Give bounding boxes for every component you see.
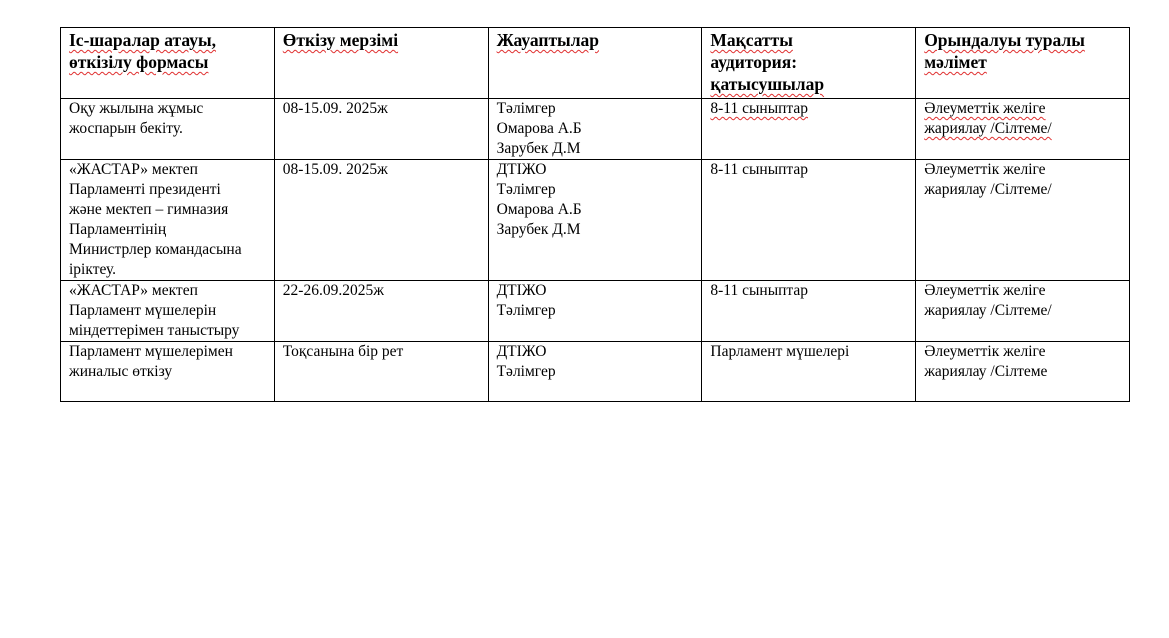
cell-line: Тоқсанына бір рет bbox=[283, 342, 480, 362]
cell-line: 8-11 сыныптар bbox=[710, 281, 907, 301]
table-row: Парламент мүшелерімен жиналыс өткізу Тоқ… bbox=[61, 342, 1130, 402]
cell-line: Парламенті президенті bbox=[69, 180, 266, 200]
cell-line: Оқу жылына жұмыс bbox=[69, 99, 266, 119]
cell-event-name: Парламент мүшелерімен жиналыс өткізу bbox=[61, 342, 275, 402]
cell-line: 22-26.09.2025ж bbox=[283, 281, 480, 301]
cell-line: Омарова А.Б bbox=[497, 200, 694, 220]
header-line: Мақсатты bbox=[710, 29, 907, 51]
cell-audience: Парламент мүшелері bbox=[702, 342, 916, 402]
cell-line: жариялау /Сілтеме/ bbox=[924, 119, 1121, 139]
cell-line: жариялау /Сілтеме bbox=[924, 362, 1121, 382]
cell-responsible: ДТІЖО Тәлімгер Омарова А.Б Зарубек Д.М bbox=[488, 160, 702, 281]
cell-date: 08-15.09. 2025ж bbox=[274, 160, 488, 281]
cell-line: Әлеуметтік желіге bbox=[924, 99, 1121, 119]
cell-line: ДТІЖО bbox=[497, 160, 694, 180]
header-line: Іс-шаралар атауы, bbox=[69, 29, 266, 51]
cell-line: Зарубек Д.М bbox=[497, 220, 694, 240]
cell-audience: 8-11 сыныптар bbox=[702, 281, 916, 342]
cell-line: Парламент мүшелерімен bbox=[69, 342, 266, 362]
table-row: Оқу жылына жұмыс жоспарын бекіту. 08-15.… bbox=[61, 99, 1130, 160]
cell-date: 22-26.09.2025ж bbox=[274, 281, 488, 342]
header-line: аудитория: bbox=[710, 51, 907, 73]
cell-line: іріктеу. bbox=[69, 260, 266, 280]
cell-line: 08-15.09. 2025ж bbox=[283, 160, 480, 180]
header-date: Өткізу мерзімі bbox=[274, 28, 488, 99]
cell-line: жариялау /Сілтеме/ bbox=[924, 301, 1121, 321]
cell-line: Зарубек Д.М bbox=[497, 139, 694, 159]
events-plan-table: Іс-шаралар атауы, өткізілу формасы Өткіз… bbox=[60, 27, 1130, 402]
cell-line: 08-15.09. 2025ж bbox=[283, 99, 480, 119]
cell-responsible: ДТІЖО Тәлімгер bbox=[488, 342, 702, 402]
cell-line: «ЖАСТАР» мектеп bbox=[69, 160, 266, 180]
cell-line: «ЖАСТАР» мектеп bbox=[69, 281, 266, 301]
cell-line: міндеттерімен таныстыру bbox=[69, 321, 266, 341]
cell-audience: 8-11 сыныптар bbox=[702, 99, 916, 160]
cell-line: Тәлімгер bbox=[497, 180, 694, 200]
table-row: «ЖАСТАР» мектеп Парламенті президенті жә… bbox=[61, 160, 1130, 281]
cell-line: Тәлімгер bbox=[497, 99, 694, 119]
cell-date: 08-15.09. 2025ж bbox=[274, 99, 488, 160]
cell-event-name: Оқу жылына жұмыс жоспарын бекіту. bbox=[61, 99, 275, 160]
cell-completion-info: Әлеуметтік желіге жариялау /Сілтеме/ bbox=[916, 99, 1130, 160]
header-completion-info: Орындалуы туралы мәлімет bbox=[916, 28, 1130, 99]
audience-text: 8-11 сыныптар bbox=[710, 100, 808, 117]
cell-line: ДТІЖО bbox=[497, 342, 694, 362]
cell-line: Омарова А.Б bbox=[497, 119, 694, 139]
header-line: Өткізу мерзімі bbox=[283, 29, 480, 51]
header-line: қатысушылар bbox=[710, 73, 907, 95]
table-header-row: Іс-шаралар атауы, өткізілу формасы Өткіз… bbox=[61, 28, 1130, 99]
cell-line: Әлеуметтік желіге bbox=[924, 281, 1121, 301]
cell-completion-info: Әлеуметтік желіге жариялау /Сілтеме/ bbox=[916, 160, 1130, 281]
cell-line: Тәлімгер bbox=[497, 301, 694, 321]
cell-line: жоспарын бекіту. bbox=[69, 119, 266, 139]
cell-audience: 8-11 сыныптар bbox=[702, 160, 916, 281]
cell-line: Әлеуметтік желіге bbox=[924, 160, 1121, 180]
cell-date: Тоқсанына бір рет bbox=[274, 342, 488, 402]
cell-event-name: «ЖАСТАР» мектеп Парламент мүшелерін мінд… bbox=[61, 281, 275, 342]
cell-completion-info: Әлеуметтік желіге жариялау /Сілтеме/ bbox=[916, 281, 1130, 342]
header-line: Жауаптылар bbox=[497, 29, 694, 51]
header-responsible: Жауаптылар bbox=[488, 28, 702, 99]
cell-line: жиналыс өткізу bbox=[69, 362, 266, 382]
cell-line: Парламент мүшелерін bbox=[69, 301, 266, 321]
table-row: «ЖАСТАР» мектеп Парламент мүшелерін мінд… bbox=[61, 281, 1130, 342]
cell-line: Парламентінің bbox=[69, 220, 266, 240]
cell-completion-info: Әлеуметтік желіге жариялау /Сілтеме bbox=[916, 342, 1130, 402]
cell-line: Министрлер командасына bbox=[69, 240, 266, 260]
header-line: мәлімет bbox=[924, 51, 1121, 73]
cell-line: Парламент мүшелері bbox=[710, 342, 907, 362]
cell-responsible: ДТІЖО Тәлімгер bbox=[488, 281, 702, 342]
cell-line: 8-11 сыныптар bbox=[710, 160, 907, 180]
cell-line: Әлеуметтік желіге bbox=[924, 342, 1121, 362]
header-audience: Мақсатты аудитория: қатысушылар bbox=[702, 28, 916, 99]
cell-line: жариялау /Сілтеме/ bbox=[924, 180, 1121, 200]
cell-line: ДТІЖО bbox=[497, 281, 694, 301]
cell-line: 8-11 сыныптар bbox=[710, 99, 907, 119]
header-line: өткізілу формасы bbox=[69, 51, 266, 73]
cell-event-name: «ЖАСТАР» мектеп Парламенті президенті жә… bbox=[61, 160, 275, 281]
header-line: Орындалуы туралы bbox=[924, 29, 1121, 51]
cell-line: және мектеп – гимназия bbox=[69, 200, 266, 220]
header-event-name: Іс-шаралар атауы, өткізілу формасы bbox=[61, 28, 275, 99]
cell-line: Тәлімгер bbox=[497, 362, 694, 382]
cell-responsible: Тәлімгер Омарова А.Б Зарубек Д.М bbox=[488, 99, 702, 160]
